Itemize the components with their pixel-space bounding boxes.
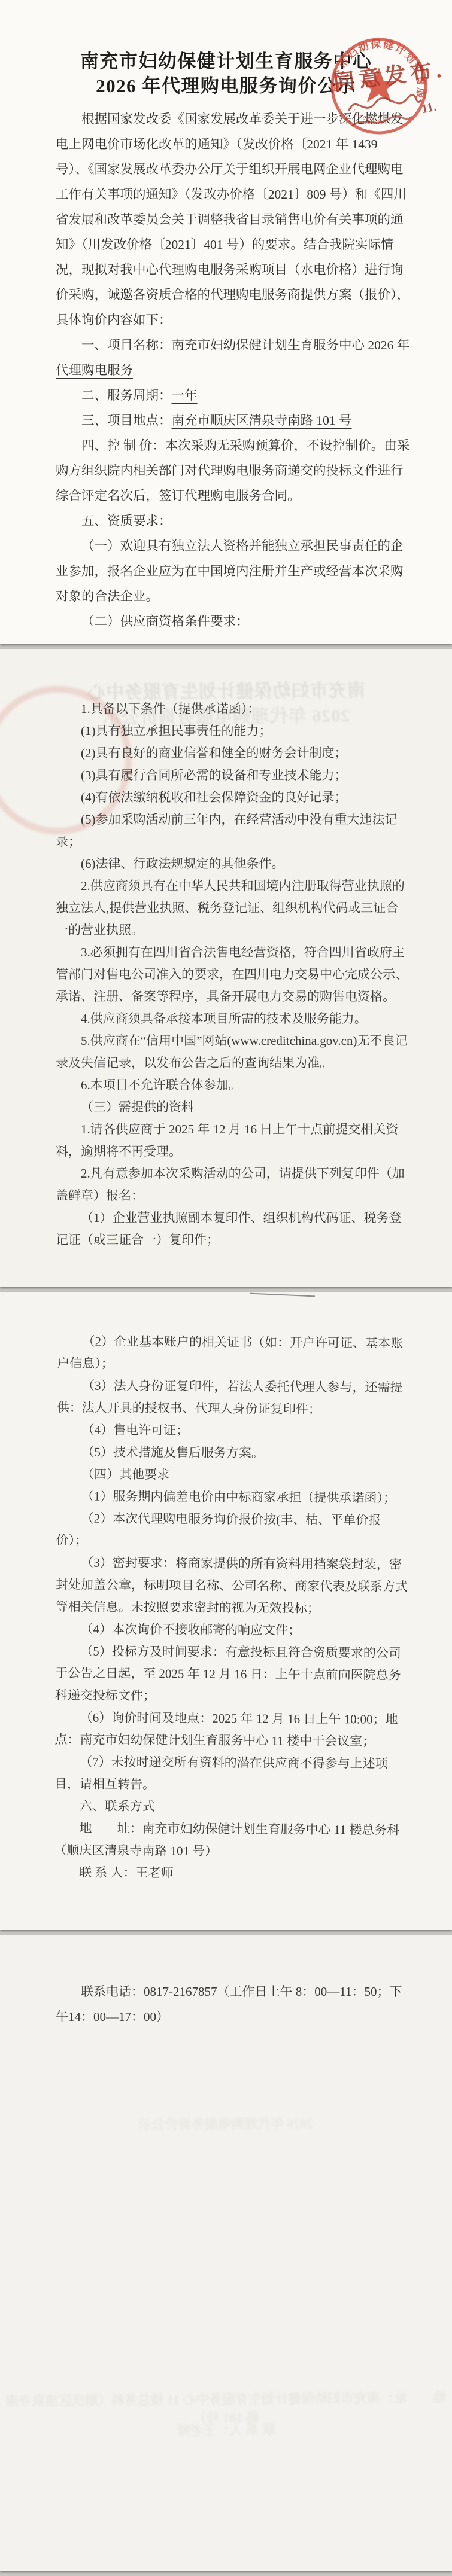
text-segment: （5）投标方及时间要求：有意投标且符合资质要求的公司于公告之日起，至 2025 …: [55, 1644, 401, 1703]
text-segment: 6.本项目不允许联合体参加。: [81, 1078, 241, 1092]
paragraph: (1)具有独立承担民事责任的能力；: [56, 720, 410, 742]
text-segment: 根据国家发改委《国家发展改革委关于进一步深化燃煤发电上网电价市场化改革的通知》（…: [56, 112, 409, 327]
paragraph: 1.具备以下条件（提供承诺函）：: [56, 698, 410, 720]
text-segment: 1.具备以下条件（提供承诺函）：: [81, 702, 260, 716]
text-segment: 一、项目名称：: [81, 338, 172, 352]
text-segment: （5）技术措施及售后服务方案。: [81, 1445, 264, 1461]
text-segment: 四、控 制 价：本次采购无采购预算价，不设控制价。由采购方组织院内相关部门对代理…: [56, 438, 409, 503]
text-segment: 3.必须拥有在四川省合法售电经营资格，符合四川省政府主管部门对售电公司准入的要求…: [56, 945, 408, 1004]
page-title-line2: 2026 年代理购电服务询价公示: [24, 74, 428, 98]
text-segment: （3）密封要求：将商家提供的所有资料用档案袋封装，密封处加盖公章，标明项目名称、…: [56, 1556, 408, 1615]
paragraph: 6.本项目不允许联合体参加。: [56, 1074, 410, 1096]
text-segment: (6)法律、行政法规规定的其他条件。: [81, 856, 284, 871]
text-segment: (3)具有履行合同所必需的设备和专业技术能力；: [81, 768, 347, 782]
text-segment: （三）需提供的资料: [81, 1100, 194, 1114]
text-segment: 地 址：南充市妇幼保健计划生育服务中心 11 楼总务科（顺庆区清泉寺南路 101…: [54, 1821, 399, 1858]
paragraph: 五、资质要求：: [56, 508, 410, 534]
paragraph: （2）企业基本账户的相关证书（如：开户许可证、基本账户信息）；: [57, 1330, 411, 1377]
text-segment: 五、资质要求：: [81, 514, 172, 528]
page-title: 南充市妇幼保健计划生育服务中心: [24, 49, 428, 74]
text-segment: 1.请各供应商于 2025 年 12 月 16 日上午十点前提交相关资料，逾期将…: [56, 1122, 398, 1159]
text-segment: （二）供应商资格条件要求：: [81, 614, 249, 629]
text-segment: （2）本次代理购电服务询价报价按(丰、枯、平单价报价）；: [56, 1511, 381, 1548]
paragraph: （二）供应商资格条件要求：: [56, 609, 410, 634]
text-segment: 2.供应商须具有在中华人民共和国境内注册取得营业执照的独立法人,提供营业执照、税…: [56, 879, 405, 937]
paragraph: （4）售电许可证；: [56, 1419, 411, 1443]
document-header: 南充市妇幼保健计划生育服务中心 2026 年代理购电服务询价公示: [0, 0, 452, 98]
paragraph: (5)参加采购活动前三年内，在经营活动中没有重大违法记录；: [56, 809, 410, 853]
text-segment: (5)参加采购活动前三年内，在经营活动中没有重大违法记录；: [56, 812, 397, 849]
paragraph: 二、服务周期：一年: [56, 383, 410, 408]
paragraph: （四）其他要求: [56, 1463, 411, 1487]
page-1-body: 根据国家发改委《国家发展改革委关于进一步深化燃煤发电上网电价市场化改革的通知》（…: [0, 98, 452, 634]
paragraph: （7）未按时递交所有资料的潜在供应商不得参与上述项目，请相互转告。: [54, 1751, 409, 1797]
text-segment: (1)具有独立承担民事责任的能力；: [81, 724, 272, 738]
paragraph: （三）需提供的资料: [56, 1096, 410, 1118]
page-2: 南充市妇幼保健计划生育服务中心 2026 年代理购电服务询价公示 1.具备以下条…: [0, 649, 452, 1287]
text-segment: (4)有依法缴纳税收和社会保障资金的良好记录；: [81, 790, 347, 804]
underlined-value: 南充市顺庆区清泉寺南路 101 号: [172, 413, 352, 428]
underlined-value: 一年: [172, 388, 198, 403]
paragraph: （2）本次代理购电服务询价报价按(丰、枯、平单价报价）；: [56, 1507, 410, 1554]
page-1: 南充市妇幼保健计划生育服务中心 2026 年代理购电服务询价公示 南充市妇幼保健…: [0, 0, 452, 644]
text-segment: （4）本次询价不接收邮寄的响应文件；: [81, 1622, 301, 1638]
paragraph: 地 址：南充市妇幼保健计划生育服务中心 11 楼总务科（顺庆区清泉寺南路 101…: [54, 1817, 408, 1864]
paragraph: （1）企业营业执照副本复印件、组织机构代码证、税务登记证（或三证合一）复印件；: [56, 1207, 410, 1251]
page-2-body: 1.具备以下条件（提供承诺函）：(1)具有独立承担民事责任的能力；(2)具有良好…: [0, 649, 452, 1251]
paragraph: 1.请各供应商于 2025 年 12 月 16 日上午十点前提交相关资料，逾期将…: [56, 1118, 410, 1163]
text-segment: （6）询价时间及地点：2025 年 12 月 16 日上午 10:00；地点：南…: [54, 1711, 398, 1749]
paragraph: （一）欢迎具有独立法人资格并能独立承担民事责任的企业参加，报名企业应为在中国境内…: [56, 534, 410, 609]
text-segment: （7）未按时递交所有资料的潜在供应商不得参与上述项目，请相互转告。: [54, 1755, 388, 1792]
paragraph: 根据国家发改委《国家发展改革委关于进一步深化燃煤发电上网电价市场化改革的通知》（…: [56, 106, 410, 333]
text-segment: 4.供应商须具备承接本项目所需的技术及服务能力。: [81, 1011, 367, 1026]
text-segment: 联系电话：0817-2167857（工作日上午 8：00—11：50；下午14：…: [56, 1984, 402, 2024]
paragraph: （5）投标方及时间要求：有意投标且符合资质要求的公司于公告之日起，至 2025 …: [55, 1640, 410, 1709]
paragraph: 六、联系方式: [54, 1795, 409, 1819]
bleed-through-text: 地 址：南充市妇幼保健计划生育服务中心 11 楼总务科（顺庆区清泉寺南路 101…: [0, 2388, 452, 2429]
text-segment: （一）欢迎具有独立法人资格并能独立承担民事责任的企业参加，报名企业应为在中国境内…: [56, 539, 404, 603]
text-segment: （1）企业营业执照副本复印件、组织机构代码证、税务登记证（或三证合一）复印件；: [56, 1211, 402, 1247]
paragraph: 3.必须拥有在四川省合法售电经营资格，符合四川省政府主管部门对售电公司准入的要求…: [56, 941, 410, 1008]
paragraph: 4.供应商须具备承接本项目所需的技术及服务能力。: [56, 1008, 410, 1030]
paragraph: （4）本次询价不接收邮寄的响应文件；: [55, 1618, 409, 1642]
page-3-body: （2）企业基本账户的相关证书（如：开户许可证、基本账户信息）；（3）法人身份证复…: [0, 1292, 452, 1886]
paragraph: 三、项目地点：南充市顺庆区清泉寺南路 101 号: [56, 408, 410, 433]
text-segment: 六、联系方式: [80, 1799, 155, 1814]
paragraph: (6)法律、行政法规规定的其他条件。: [56, 853, 410, 875]
paragraph: 2.凡有意参加本次采购活动的公司，请提供下列复印件（加盖鲜章）报名：: [56, 1163, 410, 1207]
paragraph: 一、项目名称：南充市妇幼保健计划生育服务中心 2026 年代理购电服务: [56, 333, 410, 383]
text-segment: （1）服务期内偏差电价由中标商家承担（提供承诺函）；: [81, 1489, 396, 1505]
page-3: （2）企业基本账户的相关证书（如：开户许可证、基本账户信息）；（3）法人身份证复…: [0, 1292, 452, 1930]
text-segment: 联 系 人：王老师: [79, 1865, 174, 1880]
page-4: 2026 年代理购电服务询价公示 地 址：南充市妇幼保健计划生育服务中心 11 …: [0, 1935, 452, 2571]
text-segment: （2）企业基本账户的相关证书（如：开户许可证、基本账户信息）；: [57, 1334, 403, 1371]
paragraph: （3）密封要求：将商家提供的所有资料用档案袋封装，密封处加盖公章，标明项目名称、…: [56, 1551, 411, 1620]
text-segment: 5.供应商在“信用中国”网站(www.creditchina.gov.cn)无不…: [56, 1034, 408, 1070]
bleed-through-text: 2026 年代理购电服务询价公示: [0, 2112, 452, 2135]
page-4-body: 联系电话：0817-2167857（工作日上午 8：00—11：50；下午14：…: [0, 1935, 452, 2029]
scanned-document: 南充市妇幼保健计划生育服务中心 2026 年代理购电服务询价公示 南充市妇幼保健…: [0, 0, 452, 2571]
paragraph: 联 系 人：王老师: [54, 1861, 408, 1886]
paragraph: (2)具有良好的商业信誉和健全的财务会计制度；: [56, 742, 410, 764]
paragraph: (3)具有履行合同所必需的设备和专业技术能力；: [56, 764, 410, 786]
paragraph: 四、控 制 价：本次采购无采购预算价，不设控制价。由采购方组织院内相关部门对代理…: [56, 433, 410, 508]
text-segment: （4）售电许可证；: [82, 1423, 189, 1438]
paragraph: 5.供应商在“信用中国”网站(www.creditchina.gov.cn)无不…: [56, 1030, 410, 1074]
text-segment: 二、服务周期：: [81, 388, 172, 403]
paragraph: 2.供应商须具有在中华人民共和国境内注册取得营业执照的独立法人,提供营业执照、税…: [56, 875, 410, 941]
paragraph: （1）服务期内偏差电价由中标商家承担（提供承诺函）；: [56, 1485, 411, 1510]
text-segment: 三、项目地点：: [81, 413, 172, 428]
paragraph: 联系电话：0817-2167857（工作日上午 8：00—11：50；下午14：…: [56, 1979, 410, 2029]
paragraph: （3）法人身份证复印件，若法人委托代理人参与，还需提供：法人开具的授权书、代理人…: [57, 1374, 411, 1421]
bleed-through-text: 联 系 人：王老师: [0, 2419, 452, 2441]
paragraph: (4)有依法缴纳税收和社会保障资金的良好记录；: [56, 786, 410, 809]
text-segment: （四）其他要求: [81, 1467, 169, 1482]
paragraph: （5）技术措施及售后服务方案。: [56, 1441, 411, 1465]
text-segment: （3）法人身份证复印件，若法人委托代理人参与，还需提供：法人开具的授权书、代理人…: [57, 1379, 403, 1416]
text-segment: 2.凡有意参加本次采购活动的公司，请提供下列复印件（加盖鲜章）报名：: [56, 1166, 405, 1203]
text-segment: (2)具有良好的商业信誉和健全的财务会计制度；: [81, 746, 347, 760]
paragraph: （6）询价时间及地点：2025 年 12 月 16 日上午 10:00；地点：南…: [54, 1706, 409, 1753]
